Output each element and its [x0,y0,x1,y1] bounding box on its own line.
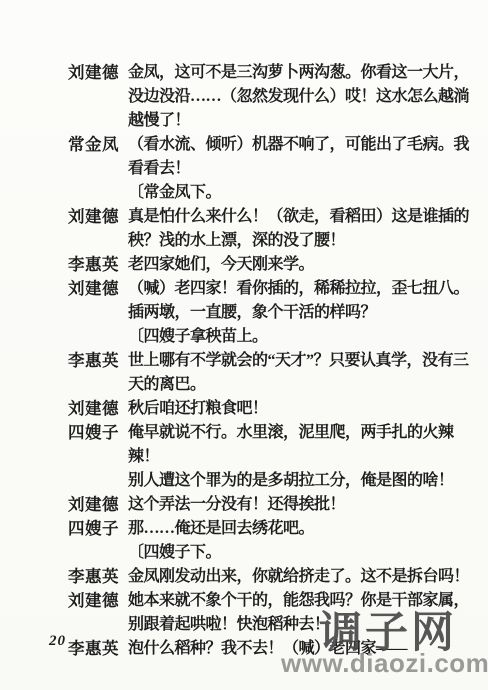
speaker-name: 李惠英 [68,349,120,373]
dialogue-text: 秋后咱还打粮食吧！ [128,397,478,421]
dialogue-text: 金凤刚发动出来，你就给挤走了。这不是拆台吗！ [128,565,478,589]
page-number: 20 [49,633,66,650]
dialogue-text: 世上哪有不学就会的“天才”？只要认真学，没有三 天的离巴。 [128,349,478,397]
stage-direction: 〔常金凤下。 [128,181,478,205]
dialogue-text: 俺早就说不行。水里滚，泥里爬，两手扎的火辣辣！ 别人遭这个罪为的是多胡拉工分，俺… [128,421,478,493]
dialogue-entry: 刘建德 秋后咱还打粮食吧！ [68,397,478,421]
scanned-script-page: 刘建德 金凤，这可不是三沟萝卜两沟葱。你看这一大片， 没边没沿……（忽然发现什么… [0,0,488,690]
speaker-name: 刘建德 [68,277,120,301]
speaker-name: 常金凤 [68,133,120,157]
dialogue-text: （喊）老四家！看你插的，稀稀拉拉，歪七扭八。 插两墩，一直腰，象个干活的样吗？ [128,277,478,325]
speaker-name: 刘建德 [68,589,120,613]
dialogue-entry: 刘建德 真是怕什么来什么！（欲走，看稻田）这是谁插的 秧？浅的水上漂，深的没了腰… [68,205,478,253]
speaker-name: 刘建德 [68,493,120,517]
watermark-site-url: www.diaozi.com [281,650,488,676]
speaker-name: 李惠英 [68,565,120,589]
script-dialogue-list: 刘建德 金凤，这可不是三沟萝卜两沟葱。你看这一大片， 没边没沿……（忽然发现什么… [68,61,478,661]
dialogue-text: 老四家她们，今天刚来学。 [128,253,478,277]
stage-direction: 〔四嫂子拿秧苗上。 [128,325,478,349]
speaker-name: 四嫂子 [68,517,120,541]
dialogue-entry: 李惠英 老四家她们，今天刚来学。 [68,253,478,277]
dialogue-entry: 四嫂子 俺早就说不行。水里滚，泥里爬，两手扎的火辣辣！ 别人遭这个罪为的是多胡拉… [68,421,478,493]
speaker-name: 四嫂子 [68,421,120,445]
dialogue-entry: 李惠英 金凤刚发动出来，你就给挤走了。这不是拆台吗！ [68,565,478,589]
dialogue-entry: 李惠英 世上哪有不学就会的“天才”？只要认真学，没有三 天的离巴。 [68,349,478,397]
dialogue-entry: 刘建德 这个弄法一分没有！还得挨批！ [68,493,478,517]
dialogue-text: 那……俺还是回去绣花吧。 [128,517,478,541]
dialogue-entry: 刘建德 金凤，这可不是三沟萝卜两沟葱。你看这一大片， 没边没沿……（忽然发现什么… [68,61,478,133]
speaker-name: 刘建德 [68,397,120,421]
dialogue-entry: 刘建德 （喊）老四家！看你插的，稀稀拉拉，歪七扭八。 插两墩，一直腰，象个干活的… [68,277,478,325]
dialogue-text: 金凤，这可不是三沟萝卜两沟葱。你看这一大片， 没边没沿……（忽然发现什么）哎！这… [128,61,478,133]
stage-direction: 〔四嫂子下。 [128,541,478,565]
dialogue-entry: 常金凤 （看水流、倾听）机器不响了，可能出了毛病。我 看看去！ [68,133,478,181]
dialogue-entry: 四嫂子 那……俺还是回去绣花吧。 [68,517,478,541]
speaker-name: 刘建德 [68,61,120,85]
dialogue-text: 这个弄法一分没有！还得挨批！ [128,493,478,517]
dialogue-text: 真是怕什么来什么！（欲走，看稻田）这是谁插的 秧？浅的水上漂，深的没了腰！ [128,205,478,253]
speaker-name: 刘建德 [68,205,120,229]
speaker-name: 李惠英 [68,253,120,277]
dialogue-text: （看水流、倾听）机器不响了，可能出了毛病。我 看看去！ [128,133,478,181]
speaker-name: 李惠英 [68,637,120,661]
